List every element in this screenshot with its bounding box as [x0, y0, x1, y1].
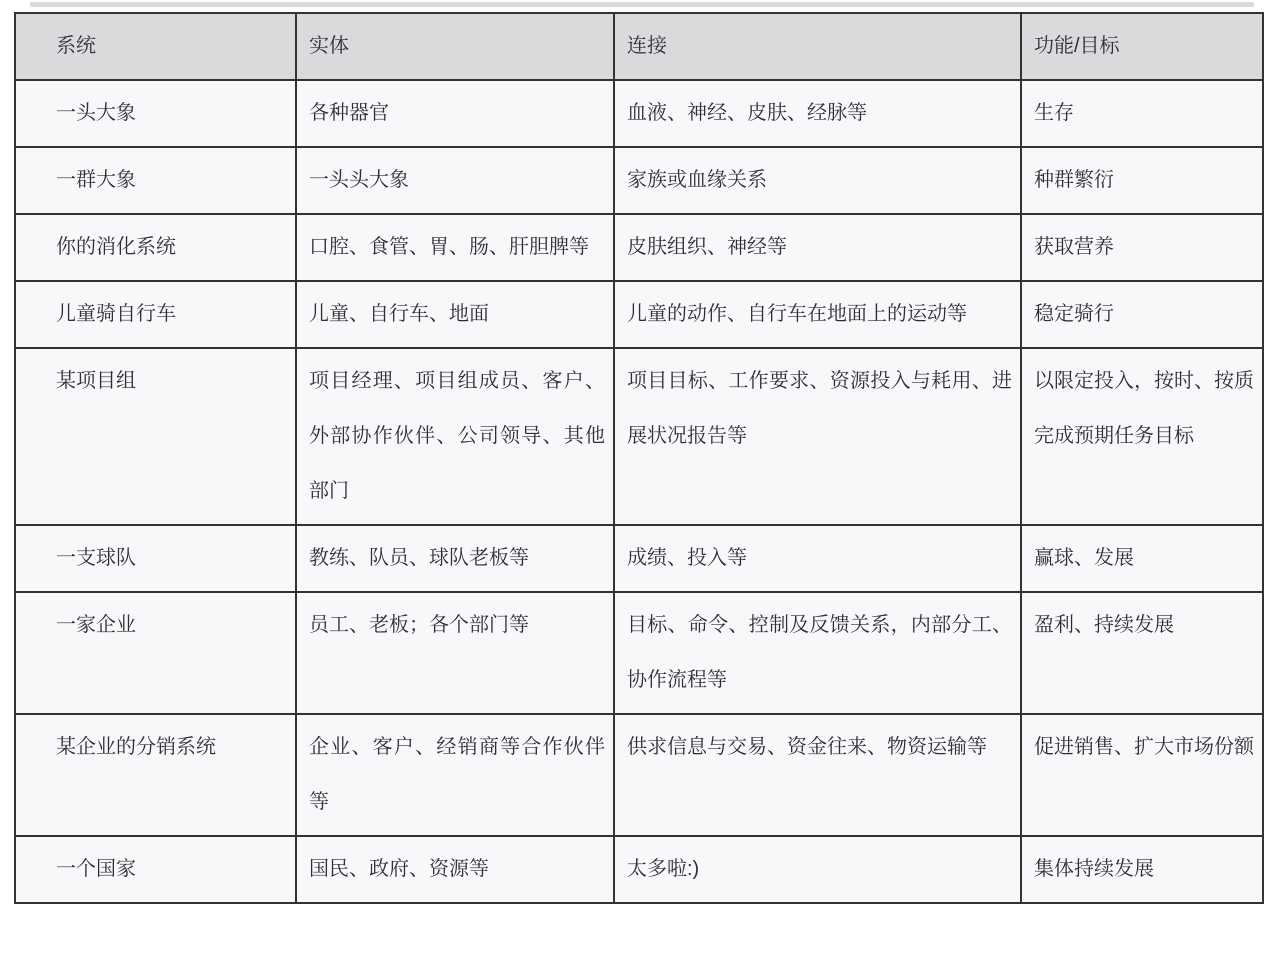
table-cell: 一群大象 — [15, 147, 296, 214]
table-cell: 获取营养 — [1021, 214, 1263, 281]
systems-table: 系统 实体 连接 功能/目标 一头大象各种器官血液、神经、皮肤、经脉等生存一群大… — [14, 12, 1264, 904]
table-cell: 某企业的分销系统 — [15, 714, 296, 836]
table-cell: 供求信息与交易、资金往来、物资运输等 — [614, 714, 1021, 836]
table-cell: 赢球、发展 — [1021, 525, 1263, 592]
table-row: 一个国家国民、政府、资源等太多啦:)集体持续发展 — [15, 836, 1263, 903]
table-cell: 项目目标、工作要求、资源投入与耗用、进展状况报告等 — [614, 348, 1021, 525]
table-cell: 盈利、持续发展 — [1021, 592, 1263, 714]
table-row: 一头大象各种器官血液、神经、皮肤、经脉等生存 — [15, 80, 1263, 147]
page: 系统 实体 连接 功能/目标 一头大象各种器官血液、神经、皮肤、经脉等生存一群大… — [0, 0, 1280, 980]
table-row: 一家企业员工、老板；各个部门等目标、命令、控制及反馈关系，内部分工、协作流程等盈… — [15, 592, 1263, 714]
header-cell-system: 系统 — [15, 13, 296, 80]
table-cell: 促进销售、扩大市场份额 — [1021, 714, 1263, 836]
table-row: 儿童骑自行车儿童、自行车、地面儿童的动作、自行车在地面上的运动等稳定骑行 — [15, 281, 1263, 348]
table-cell: 种群繁衍 — [1021, 147, 1263, 214]
table-body: 一头大象各种器官血液、神经、皮肤、经脉等生存一群大象一头头大象家族或血缘关系种群… — [15, 80, 1263, 903]
table-cell: 儿童骑自行车 — [15, 281, 296, 348]
table-cell: 你的消化系统 — [15, 214, 296, 281]
table-cell: 项目经理、项目组成员、客户、外部协作伙伴、公司领导、其他部门 — [296, 348, 614, 525]
table-row: 一支球队教练、队员、球队老板等成绩、投入等赢球、发展 — [15, 525, 1263, 592]
table-cell: 皮肤组织、神经等 — [614, 214, 1021, 281]
table-cell: 生存 — [1021, 80, 1263, 147]
table-cell: 口腔、食管、胃、肠、肝胆脾等 — [296, 214, 614, 281]
table-cell: 成绩、投入等 — [614, 525, 1021, 592]
table-cell: 稳定骑行 — [1021, 281, 1263, 348]
table-cell: 儿童的动作、自行车在地面上的运动等 — [614, 281, 1021, 348]
table-cell: 国民、政府、资源等 — [296, 836, 614, 903]
table-cell: 集体持续发展 — [1021, 836, 1263, 903]
header-cell-entity: 实体 — [296, 13, 614, 80]
table-row: 一群大象一头头大象家族或血缘关系种群繁衍 — [15, 147, 1263, 214]
table-cell: 一个国家 — [15, 836, 296, 903]
table-header-row: 系统 实体 连接 功能/目标 — [15, 13, 1263, 80]
table-cell: 目标、命令、控制及反馈关系，内部分工、协作流程等 — [614, 592, 1021, 714]
table-row: 某项目组项目经理、项目组成员、客户、外部协作伙伴、公司领导、其他部门项目目标、工… — [15, 348, 1263, 525]
table-row: 你的消化系统口腔、食管、胃、肠、肝胆脾等皮肤组织、神经等获取营养 — [15, 214, 1263, 281]
table-cell: 某项目组 — [15, 348, 296, 525]
table-cell: 企业、客户、经销商等合作伙伴等 — [296, 714, 614, 836]
table-cell: 血液、神经、皮肤、经脉等 — [614, 80, 1021, 147]
header-cell-function: 功能/目标 — [1021, 13, 1263, 80]
cropped-row-sliver — [30, 2, 1254, 7]
table-cell: 各种器官 — [296, 80, 614, 147]
table-cell: 员工、老板；各个部门等 — [296, 592, 614, 714]
table-cell: 以限定投入，按时、按质完成预期任务目标 — [1021, 348, 1263, 525]
table-row: 某企业的分销系统企业、客户、经销商等合作伙伴等供求信息与交易、资金往来、物资运输… — [15, 714, 1263, 836]
table-cell: 教练、队员、球队老板等 — [296, 525, 614, 592]
table-cell: 儿童、自行车、地面 — [296, 281, 614, 348]
table-cell: 太多啦:) — [614, 836, 1021, 903]
table-cell: 一家企业 — [15, 592, 296, 714]
header-cell-link: 连接 — [614, 13, 1021, 80]
table-cell: 一头大象 — [15, 80, 296, 147]
table-cell: 一头头大象 — [296, 147, 614, 214]
table-cell: 家族或血缘关系 — [614, 147, 1021, 214]
table-cell: 一支球队 — [15, 525, 296, 592]
